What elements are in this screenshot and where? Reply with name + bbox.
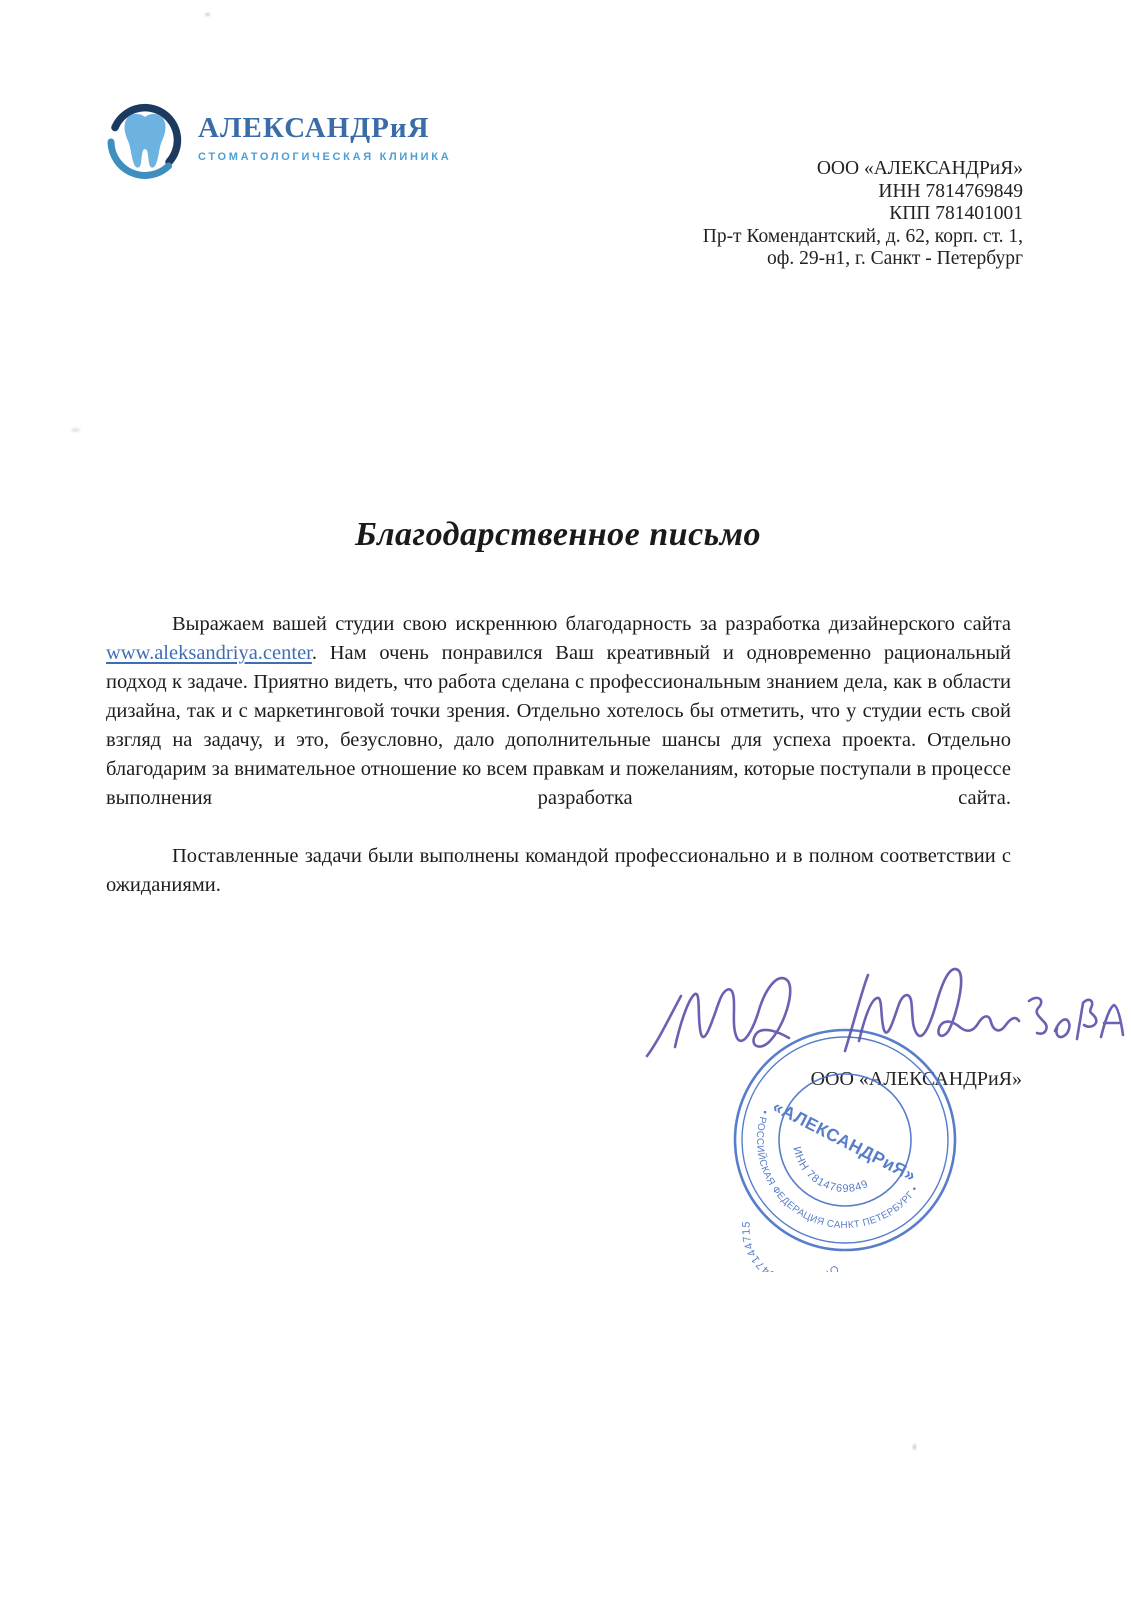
letter-page: АЛЕКСАНДРиЯ СТОМАТОЛОГИЧЕСКАЯ КЛИНИКА ОО… — [0, 0, 1131, 1600]
site-link[interactable]: www.aleksandriya.center — [106, 642, 312, 664]
company-address-line1: Пр-т Комендантский, д. 62, корп. ст. 1, — [703, 226, 1023, 249]
company-address-line2: оф. 29-н1, г. Санкт - Петербург — [703, 248, 1023, 271]
logo-subtitle: СТОМАТОЛОГИЧЕСКАЯ КЛИНИКА — [198, 151, 451, 163]
scan-speck — [205, 13, 210, 16]
clinic-logo: АЛЕКСАНДРиЯ СТОМАТОЛОГИЧЕСКАЯ КЛИНИКА — [104, 100, 451, 184]
tooth-icon — [104, 100, 186, 184]
signature-handwriting — [595, 950, 1131, 1062]
paragraph-thanks: Выражаем вашей студии свою искреннюю бла… — [106, 610, 1011, 813]
company-name-line: ООО «АЛЕКСАНДРиЯ» — [703, 158, 1023, 181]
company-inn-line: ИНН 7814769849 — [703, 181, 1023, 204]
letter-title: Благодарственное письмо — [106, 516, 1010, 554]
letter-body: Выражаем вашей студии свою искреннюю бла… — [106, 610, 1011, 929]
scan-speck — [913, 1444, 916, 1450]
scan-speck — [71, 428, 80, 432]
svg-text:ОБЩЕСТВО С ОГРАНИЧЕННОЙ ОТВЕТС: ОБЩЕСТВО С ОГРАНИЧЕННОЙ ОТВЕТСТВЕННОСТЬЮ — [713, 1230, 862, 1272]
stamp-center-text: «АЛЕКСАНДРиЯ» — [770, 1096, 920, 1186]
paragraph-before-link: Выражаем вашей студии свою искреннюю бла… — [172, 613, 1011, 635]
closing-paragraph: Поставленные задачи были выполнены коман… — [106, 842, 1011, 900]
company-details: ООО «АЛЕКСАНДРиЯ» ИНН 7814769849 КПП 781… — [703, 158, 1023, 271]
logo-name: АЛЕКСАНДРиЯ — [198, 114, 451, 143]
stamp-outer-top-text: ОБЩЕСТВО С ОГРАНИЧЕННОЙ ОТВЕТСТВЕННОСТЬЮ — [713, 1230, 862, 1272]
paragraph-after-link: . Нам очень понравился Ваш креативный и … — [106, 642, 1011, 809]
company-kpp-line: КПП 781401001 — [703, 203, 1023, 226]
